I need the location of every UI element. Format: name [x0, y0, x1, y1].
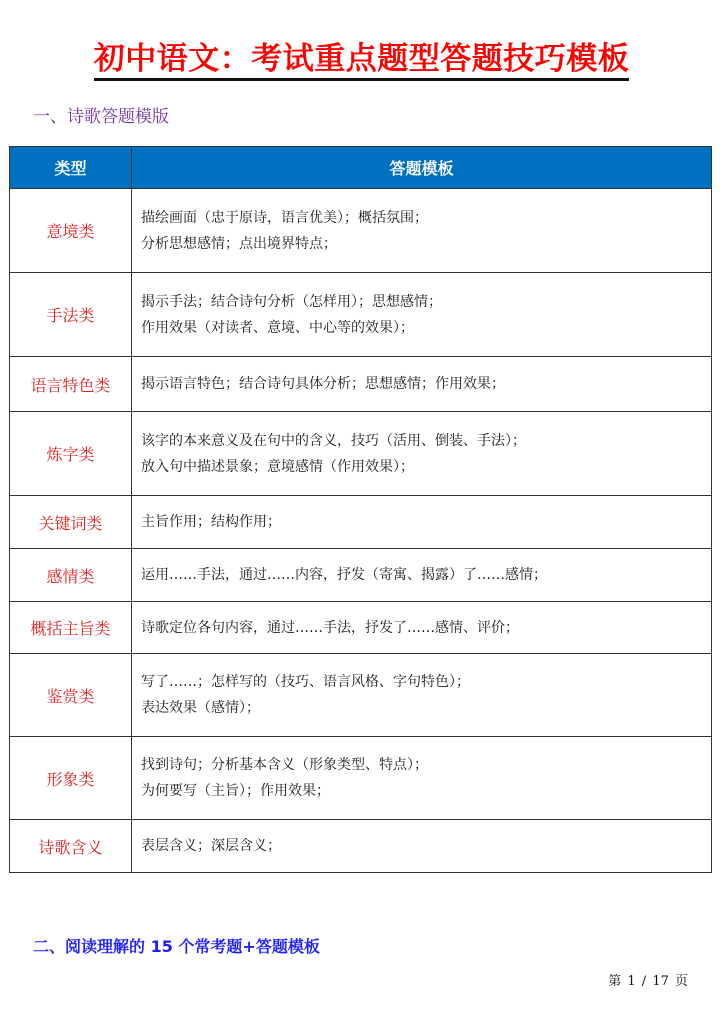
- table-row: 鉴赏类 写了……；怎样写的（技巧、语言风格、字句特色）； 表达效果（感情）；: [10, 654, 712, 737]
- template-cell: 揭示手法；结合诗句分析（怎样用）；思想感情； 作用效果（对读者、意境、中心等的效…: [132, 273, 712, 357]
- template-line: 分析思想感情；点出境界特点；: [141, 231, 711, 257]
- type-cell: 意境类: [10, 189, 132, 273]
- page-number: 第 1 / 17 页: [608, 970, 688, 989]
- template-line: 揭示语言特色；结合诗句具体分析；思想感情；作用效果；: [141, 371, 711, 397]
- type-cell: 形象类: [10, 737, 132, 820]
- document-title: 初中语文：考试重点题型答题技巧模板: [94, 40, 630, 81]
- table-row: 意境类 描绘画面（忠于原诗，语言优美）；概括氛围； 分析思想感情；点出境界特点；: [10, 189, 712, 273]
- type-cell: 手法类: [10, 273, 132, 357]
- template-line: 描绘画面（忠于原诗，语言优美）；概括氛围；: [141, 205, 711, 231]
- template-line: 表层含义；深层含义；: [141, 833, 711, 859]
- template-line: 表达效果（感情）；: [141, 695, 711, 721]
- poetry-template-table: 类型 答题模板 意境类 描绘画面（忠于原诗，语言优美）；概括氛围； 分析思想感情…: [9, 146, 712, 873]
- template-cell: 表层含义；深层含义；: [132, 820, 712, 873]
- column-header-type: 类型: [10, 147, 132, 189]
- template-line: 揭示手法；结合诗句分析（怎样用）；思想感情；: [141, 289, 711, 315]
- type-cell: 概括主旨类: [10, 602, 132, 654]
- type-cell: 关键词类: [10, 496, 132, 549]
- section-heading-reading: 二、阅读理解的 15 个常考题+答题模板: [33, 936, 320, 958]
- table-row: 手法类 揭示手法；结合诗句分析（怎样用）；思想感情； 作用效果（对读者、意境、中…: [10, 273, 712, 357]
- type-cell: 鉴赏类: [10, 654, 132, 737]
- section-heading-poetry: 一、诗歌答题模版: [33, 106, 169, 128]
- template-line: 找到诗句；分析基本含义（形象类型、特点）；: [141, 752, 711, 778]
- template-line: 放入句中描述景象；意境感情（作用效果）；: [141, 454, 711, 480]
- table-row: 炼字类 该字的本来意义及在句中的含义，技巧（活用、倒装、手法）； 放入句中描述景…: [10, 412, 712, 496]
- template-cell: 揭示语言特色；结合诗句具体分析；思想感情；作用效果；: [132, 357, 712, 412]
- template-line: 该字的本来意义及在句中的含义，技巧（活用、倒装、手法）；: [141, 428, 711, 454]
- template-line: 运用……手法，通过……内容，抒发（寄寓、揭露）了……感情；: [141, 562, 711, 588]
- type-cell: 诗歌含义: [10, 820, 132, 873]
- table-header-row: 类型 答题模板: [10, 147, 712, 189]
- template-line: 主旨作用；结构作用；: [141, 509, 711, 535]
- table-row: 感情类 运用……手法，通过……内容，抒发（寄寓、揭露）了……感情；: [10, 549, 712, 602]
- document-title-wrapper: 初中语文：考试重点题型答题技巧模板: [0, 40, 723, 81]
- type-cell: 语言特色类: [10, 357, 132, 412]
- template-cell: 找到诗句；分析基本含义（形象类型、特点）； 为何要写（主旨）；作用效果；: [132, 737, 712, 820]
- template-line: 写了……；怎样写的（技巧、语言风格、字句特色）；: [141, 669, 711, 695]
- column-header-template: 答题模板: [132, 147, 712, 189]
- template-cell: 描绘画面（忠于原诗，语言优美）；概括氛围； 分析思想感情；点出境界特点；: [132, 189, 712, 273]
- table-row: 诗歌含义 表层含义；深层含义；: [10, 820, 712, 873]
- template-line: 作用效果（对读者、意境、中心等的效果）；: [141, 315, 711, 341]
- table-row: 形象类 找到诗句；分析基本含义（形象类型、特点）； 为何要写（主旨）；作用效果；: [10, 737, 712, 820]
- type-cell: 炼字类: [10, 412, 132, 496]
- type-cell: 感情类: [10, 549, 132, 602]
- table-row: 关键词类 主旨作用；结构作用；: [10, 496, 712, 549]
- template-cell: 主旨作用；结构作用；: [132, 496, 712, 549]
- template-cell: 写了……；怎样写的（技巧、语言风格、字句特色）； 表达效果（感情）；: [132, 654, 712, 737]
- template-cell: 运用……手法，通过……内容，抒发（寄寓、揭露）了……感情；: [132, 549, 712, 602]
- table-row: 概括主旨类 诗歌定位各句内容，通过……手法，抒发了……感情、评价；: [10, 602, 712, 654]
- template-cell: 诗歌定位各句内容，通过……手法，抒发了……感情、评价；: [132, 602, 712, 654]
- template-line: 为何要写（主旨）；作用效果；: [141, 778, 711, 804]
- template-line: 诗歌定位各句内容，通过……手法，抒发了……感情、评价；: [141, 615, 711, 641]
- template-cell: 该字的本来意义及在句中的含义，技巧（活用、倒装、手法）； 放入句中描述景象；意境…: [132, 412, 712, 496]
- table-row: 语言特色类 揭示语言特色；结合诗句具体分析；思想感情；作用效果；: [10, 357, 712, 412]
